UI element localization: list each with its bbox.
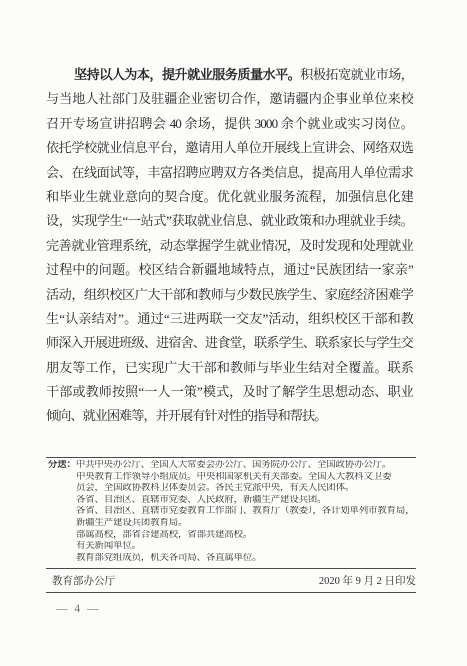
body-line: 师深入开展进班级、进宿舍、进食堂，联系学生、联系家长与学生交: [46, 331, 413, 355]
rule-above-distribution: [46, 457, 416, 458]
body-lead-bold: 坚持以人为本，提升就业服务质量水平。: [74, 67, 300, 82]
distribution-line: 有关新闻单位。: [48, 541, 420, 553]
rule-below-colophon: [46, 592, 416, 593]
distribution-line: 中央教育工作领导小组成员。中央和国家机关有关部委。全国人大教科文卫委: [48, 472, 420, 484]
print-date: 2020 年 9 月 2 日印发: [319, 573, 416, 588]
distribution-line: 各省、自治区、直辖市党委、人民政府，新疆生产建设兵团。: [48, 495, 420, 507]
body-line: 设，实现学生“一站式”获取就业信息、就业政策和办理就业手续。: [46, 209, 413, 233]
distribution-label: 分送：: [48, 460, 76, 470]
distribution-line-text: 中共中央办公厅、全国人大常委会办公厅、国务院办公厅、全国政协办公厅。: [76, 460, 391, 470]
body-line: 依托学校就业信息平台，邀请用人单位开展线上宣讲会、网络双选: [46, 136, 413, 160]
body-line: 和毕业生就业意向的契合度。优化就业服务流程，加强信息化建: [46, 185, 413, 209]
issuing-office: 教育部办公厅: [52, 573, 115, 588]
body-line: 会、在线面试等，丰富招聘应聘双方各类信息，提高用人单位需求: [46, 161, 413, 185]
distribution-line: 分送：中共中央办公厅、全国人大常委会办公厅、国务院办公厅、全国政协办公厅。: [48, 460, 420, 472]
distribution-section: 分送：中共中央办公厅、全国人大常委会办公厅、国务院办公厅、全国政协办公厅。 中央…: [48, 460, 420, 564]
body-line: 生“认亲结对”。通过“三进两联一交友”活动，组织校区干部和教: [46, 307, 413, 331]
distribution-line: 各省、自治区、直辖市党委教育工作部门、教育厅（教委），各计划单列市教育局，: [48, 506, 420, 518]
body-line: 倾向、就业困难等，并开展有针对性的指导和帮扶。: [46, 404, 413, 428]
body-line: 召开专场宣讲招聘会 40 余场，提供 3000 余个就业或实习岗位。: [46, 112, 413, 136]
body-line: 朋友等工作，已实现广大干部和教师与毕业生结对全覆盖。联系: [46, 356, 413, 380]
distribution-line: 员会，全国政协教科卫体委员会。各民主党派中央，有关人民团体。: [48, 483, 420, 495]
distribution-line: 新疆生产建设兵团教育局。: [48, 518, 420, 530]
body-paragraph: 坚持以人为本，提升就业服务质量水平。积极拓宽就业市场， 与当地人社部门及驻疆企业…: [46, 63, 413, 429]
body-line: 活动，组织校区广大干部和教师与少数民族学生、家庭经济困难学: [46, 283, 413, 307]
distribution-line: 部属高校，部省合建高校，省部共建高校。: [48, 530, 420, 542]
distribution-line: 教育部党组成员，机关各司局、各直属单位。: [48, 553, 420, 565]
page-number: — 4 —: [56, 603, 101, 615]
body-lead-rest: 积极拓宽就业市场，: [300, 67, 413, 82]
colophon: 教育部办公厅 2020 年 9 月 2 日印发: [52, 569, 416, 591]
body-line: 坚持以人为本，提升就业服务质量水平。积极拓宽就业市场，: [46, 63, 413, 87]
body-line: 过程中的问题。校区结合新疆地域特点，通过“民族团结一家亲”: [46, 258, 413, 282]
document-page: 坚持以人为本，提升就业服务质量水平。积极拓宽就业市场， 与当地人社部门及驻疆企业…: [0, 0, 467, 666]
body-line: 与当地人社部门及驻疆企业密切合作，邀请疆内企事业单位来校: [46, 87, 413, 111]
body-line: 干部或教师按照“一人一策”模式，及时了解学生思想动态、职业: [46, 380, 413, 404]
body-line: 完善就业管理系统，动态掌握学生就业情况，及时发现和处理就业: [46, 234, 413, 258]
